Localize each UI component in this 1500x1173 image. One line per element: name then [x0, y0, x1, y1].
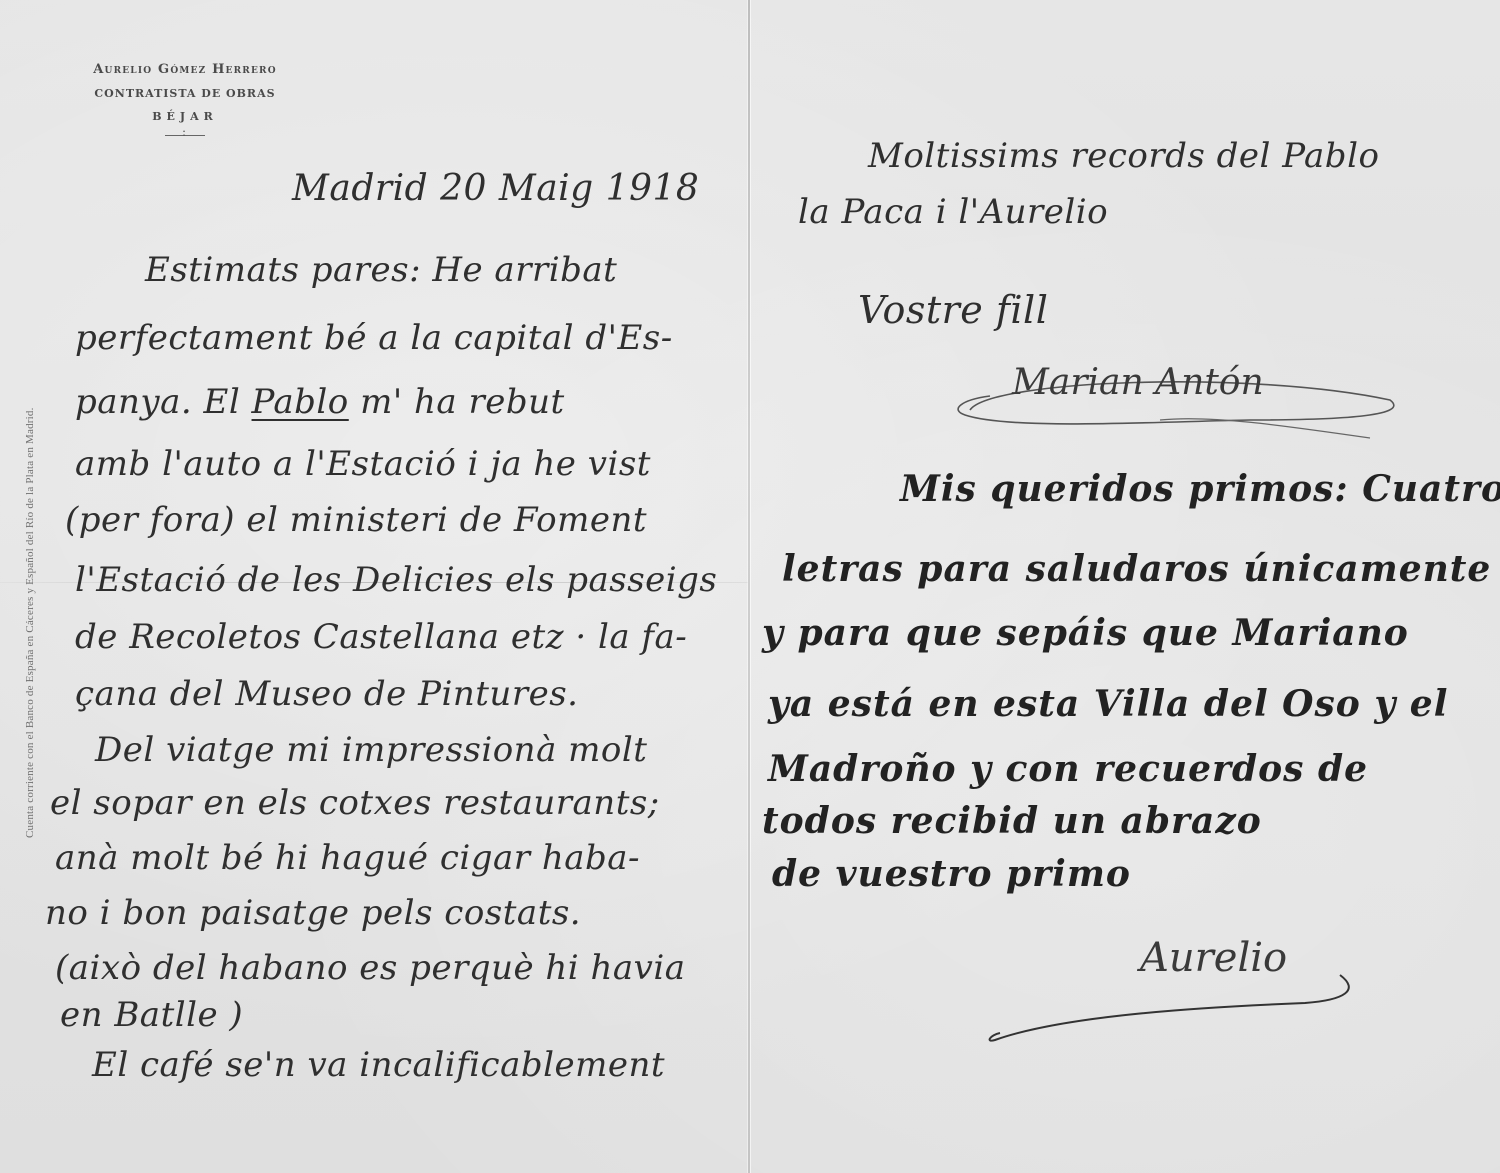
closing: Vostre fill [858, 288, 1048, 332]
letter-line: perfectament bé a la capital d'Es- [75, 318, 673, 358]
postscript-line: letras para saludaros únicamente [782, 548, 1491, 590]
center-fold-crease [748, 0, 750, 1173]
letter-line: çana del Museo de Pintures. [75, 674, 578, 714]
letter-line: Del viatge mi impressionà molt [95, 730, 647, 770]
letter-line: El café se'n va incalificablement [92, 1045, 665, 1085]
letter-line: l'Estació de les Delicies els passeigs [75, 560, 717, 600]
letter-line: Estimats pares: He arribat [145, 250, 617, 290]
dateline: Madrid 20 Maig 1918 [292, 168, 699, 209]
letter-line: panya. El Pablo m' ha rebut [75, 382, 565, 422]
underlined-name: Pablo [252, 382, 349, 422]
signature-underline-swash-icon [985, 935, 1365, 1045]
letter-line: no i bon paisatge pels costats. [45, 893, 581, 933]
letter-line: en Batlle ) [60, 995, 243, 1035]
postscript-line: de vuestro primo [772, 853, 1131, 895]
greeting-line: Moltissims records del Pablo [868, 136, 1379, 176]
postscript-line: Mis queridos primos: Cuatro [900, 468, 1500, 510]
letter-line: (per fora) el ministeri de Foment [65, 500, 647, 540]
signature-mariano: Marian Antón [1012, 362, 1264, 403]
letter-line: de Recoletos Castellana etz · la fa- [75, 617, 687, 657]
letter-line-part: panya. El [75, 382, 252, 422]
letter-line: (això del habano es perquè hi havia [55, 948, 686, 988]
postscript-line: ya está en esta Villa del Oso y el [768, 683, 1448, 725]
letterhead-city: BÉJAR [40, 110, 330, 123]
letterhead-role: CONTRATISTA DE OBRAS [40, 87, 330, 100]
letter-line: anà molt bé hi hagué cigar haba- [55, 838, 640, 878]
postscript-line: todos recibid un abrazo [762, 800, 1262, 842]
letterhead-name: Aurelio Gómez Herrero [40, 62, 330, 77]
postscript-line: y para que sepáis que Mariano [762, 612, 1409, 654]
letterhead: Aurelio Gómez Herrero CONTRATISTA DE OBR… [40, 62, 330, 140]
postscript-line: Madroño y con recuerdos de [768, 748, 1368, 790]
bank-account-margin-note: Cuenta corriente con el Banco de España … [24, 407, 36, 838]
letter-line: amb l'auto a l'Estació i ja he vist [75, 444, 651, 484]
letter-line: el sopar en els cotxes restaurants; [50, 783, 660, 823]
greeting-line: la Paca i l'Aurelio [798, 192, 1108, 232]
ornament-divider-icon [165, 131, 205, 140]
